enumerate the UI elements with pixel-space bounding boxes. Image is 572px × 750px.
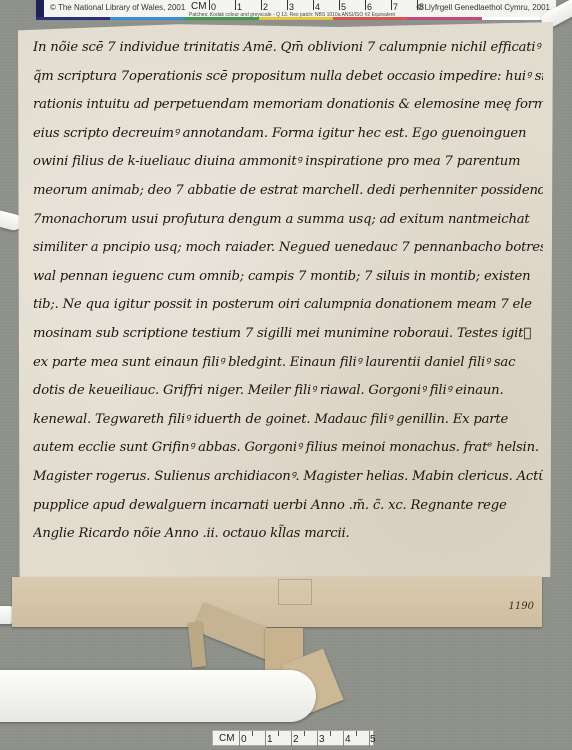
bottom-scale: CM 0 1 2 3 4 5 xyxy=(212,730,374,746)
scale-number: 4 xyxy=(345,734,351,745)
scale-number: 5 xyxy=(370,734,376,745)
charter-line: kenewal. Tegwareth filiꝰ iduerth de goin… xyxy=(33,406,543,435)
charter-line: Magister rogerus. Sulienus archidiaconꝰ.… xyxy=(33,463,543,492)
date-annotation: 1190 xyxy=(509,601,534,612)
ruler-number: 5 xyxy=(341,2,346,12)
scale-tick xyxy=(317,731,318,747)
ruler-tick xyxy=(339,0,340,10)
color-patch-strip xyxy=(36,17,556,20)
color-patch xyxy=(259,17,333,20)
ruler-number: 0 xyxy=(211,2,216,12)
charter-line: pupplice apud dewalguern incarnati uerbi… xyxy=(33,492,543,521)
charter-line: wal pennan ieguenc cum omnib; campis 7 m… xyxy=(33,263,543,292)
charter-line: Anglie Ricardo nõie Anno .ii. octauo kl̃… xyxy=(33,520,543,549)
ruler-tick xyxy=(287,0,288,10)
charter-text: In nõie scē 7 individue trinitatis Amē. … xyxy=(33,34,543,549)
repair-patch xyxy=(278,579,312,605)
charter-line: autem ecclie sunt Grifinꝰ abbas. Gorgoni… xyxy=(33,434,543,463)
bone-folder-bottom xyxy=(0,670,316,722)
charter-line: 7monachorum usui profutura dengum a summ… xyxy=(33,206,543,235)
scale-minor-tick xyxy=(330,731,331,736)
scale-minor-tick xyxy=(278,731,279,736)
scale-number: 1 xyxy=(267,734,273,745)
ruler-tick xyxy=(209,0,210,10)
scale-tick xyxy=(291,731,292,747)
scale-number: 0 xyxy=(241,734,247,745)
ruler-tick xyxy=(261,0,262,10)
ruler-number: 2 xyxy=(263,2,268,12)
scale-minor-tick xyxy=(252,731,253,736)
copyright-english: © The National Library of Wales, 2001 xyxy=(50,3,185,12)
color-patch xyxy=(185,17,259,20)
charter-line: rationis intuitu ad perpetuendam memoria… xyxy=(33,91,543,120)
ruler-unit: CM xyxy=(191,1,207,12)
charter-fold: 1190 xyxy=(12,577,542,627)
ruler-number: 7 xyxy=(393,2,398,12)
ruler-tick xyxy=(235,0,236,10)
charter-line: meorum animab; deo 7 abbatie de estrat m… xyxy=(33,177,543,206)
color-patch xyxy=(407,17,481,20)
copyright-welsh: © Llyfrgell Genedlaethol Cymru, 2001 xyxy=(416,3,550,12)
scale-tick xyxy=(343,731,344,747)
charter-line: eius scripto decreuimꝰ annotandam. Forma… xyxy=(33,120,543,149)
color-patch xyxy=(333,17,407,20)
ruler-number: 1 xyxy=(237,2,242,12)
charter-line: mosinam sub scriptione testium 7 sigilli… xyxy=(33,320,543,349)
scale-number: 3 xyxy=(319,734,325,745)
ruler-number: 4 xyxy=(315,2,320,12)
ruler-tick xyxy=(391,0,392,10)
scale-tick xyxy=(239,731,240,747)
ruler-number: 6 xyxy=(367,2,372,12)
ruler-tick xyxy=(313,0,314,10)
charter-line: ex parte mea sunt einaun filiꝰ bledgint.… xyxy=(33,349,543,378)
color-patch xyxy=(110,17,184,20)
calibration-bar: © The National Library of Wales, 2001 CM… xyxy=(36,0,556,20)
charter-line: owini filius de k-iueliauc diuina ammoni… xyxy=(33,148,543,177)
charter-line: q̃m scriptura 7operationis scē propositu… xyxy=(33,63,543,92)
color-patch xyxy=(36,17,110,20)
scale-number: 2 xyxy=(293,734,299,745)
ruler-tick xyxy=(365,0,366,10)
scale-tick xyxy=(265,731,266,747)
charter-line: In nõie scē 7 individue trinitatis Amē. … xyxy=(33,34,543,63)
scale-unit: CM xyxy=(219,733,235,744)
charter-line: dotis de keueiliauc. Griffri niger. Meil… xyxy=(33,377,543,406)
charter-line: tib;. Ne qua igitur possit in posterum o… xyxy=(33,291,543,320)
ruler-number: 3 xyxy=(289,2,294,12)
scale-minor-tick xyxy=(304,731,305,736)
charter-line: similiter a pncipio usq; moch raiader. N… xyxy=(33,234,543,263)
scale-minor-tick xyxy=(356,731,357,736)
